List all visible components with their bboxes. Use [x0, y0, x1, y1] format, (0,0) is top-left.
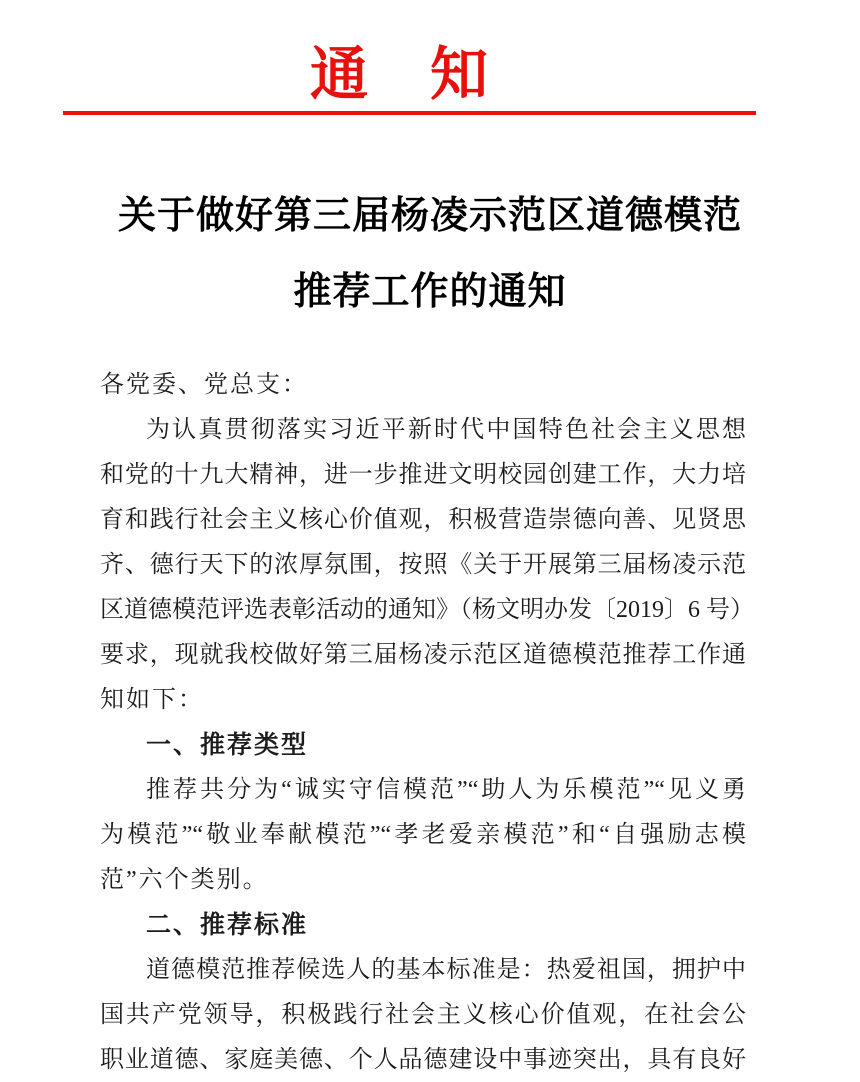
body-line: 知如下： [100, 678, 746, 723]
body-line: 范”六个类别。 [100, 858, 746, 903]
body-line: 为认真贯彻落实习近平新时代中国特色社会主义思想 [100, 408, 746, 453]
body-line: 要求，现就我校做好第三届杨凌示范区道德模范推荐工作通 [100, 633, 746, 678]
red-divider-line [63, 111, 756, 115]
document-body: 各党委、党总支： 为认真贯彻落实习近平新时代中国特色社会主义思想 和党的十九大精… [100, 363, 746, 1082]
body-line: 育和践行社会主义核心价值观，积极营造崇德向善、见贤思 [100, 498, 746, 543]
notice-header-title: 通 知 [0, 40, 800, 110]
document-title-line-2: 推荐工作的通知 [0, 254, 860, 330]
section-heading-1: 一、推荐类型 [100, 723, 746, 768]
body-line: 齐、德行天下的浓厚氛围，按照《关于开展第三届杨凌示范 [100, 543, 746, 588]
section-heading-2: 二、推荐标准 [100, 903, 746, 948]
body-salutation: 各党委、党总支： [100, 363, 746, 408]
body-line: 职业道德、家庭美德、个人品德建设中事迹突出，具有良好 [100, 1038, 746, 1082]
body-line: 推荐共分为“诚实守信模范”“助人为乐模范”“见义勇 [100, 768, 746, 813]
body-line: 和党的十九大精神，进一步推进文明校园创建工作，大力培 [100, 453, 746, 498]
body-line: 区道德模范评选表彰活动的通知》（杨文明办发〔2019〕6 号） [100, 588, 746, 633]
document-title-line-1: 关于做好第三届杨凌示范区道德模范 [0, 178, 860, 254]
body-line: 为模范”“敬业奉献模范”“孝老爱亲模范”和“自强励志模 [100, 813, 746, 858]
body-line: 国共产党领导，积极践行社会主义核心价值观，在社会公德、 [100, 993, 746, 1038]
body-line: 道德模范推荐候选人的基本标准是：热爱祖国，拥护中 [100, 948, 746, 993]
document-title: 关于做好第三届杨凌示范区道德模范 推荐工作的通知 [0, 178, 860, 330]
